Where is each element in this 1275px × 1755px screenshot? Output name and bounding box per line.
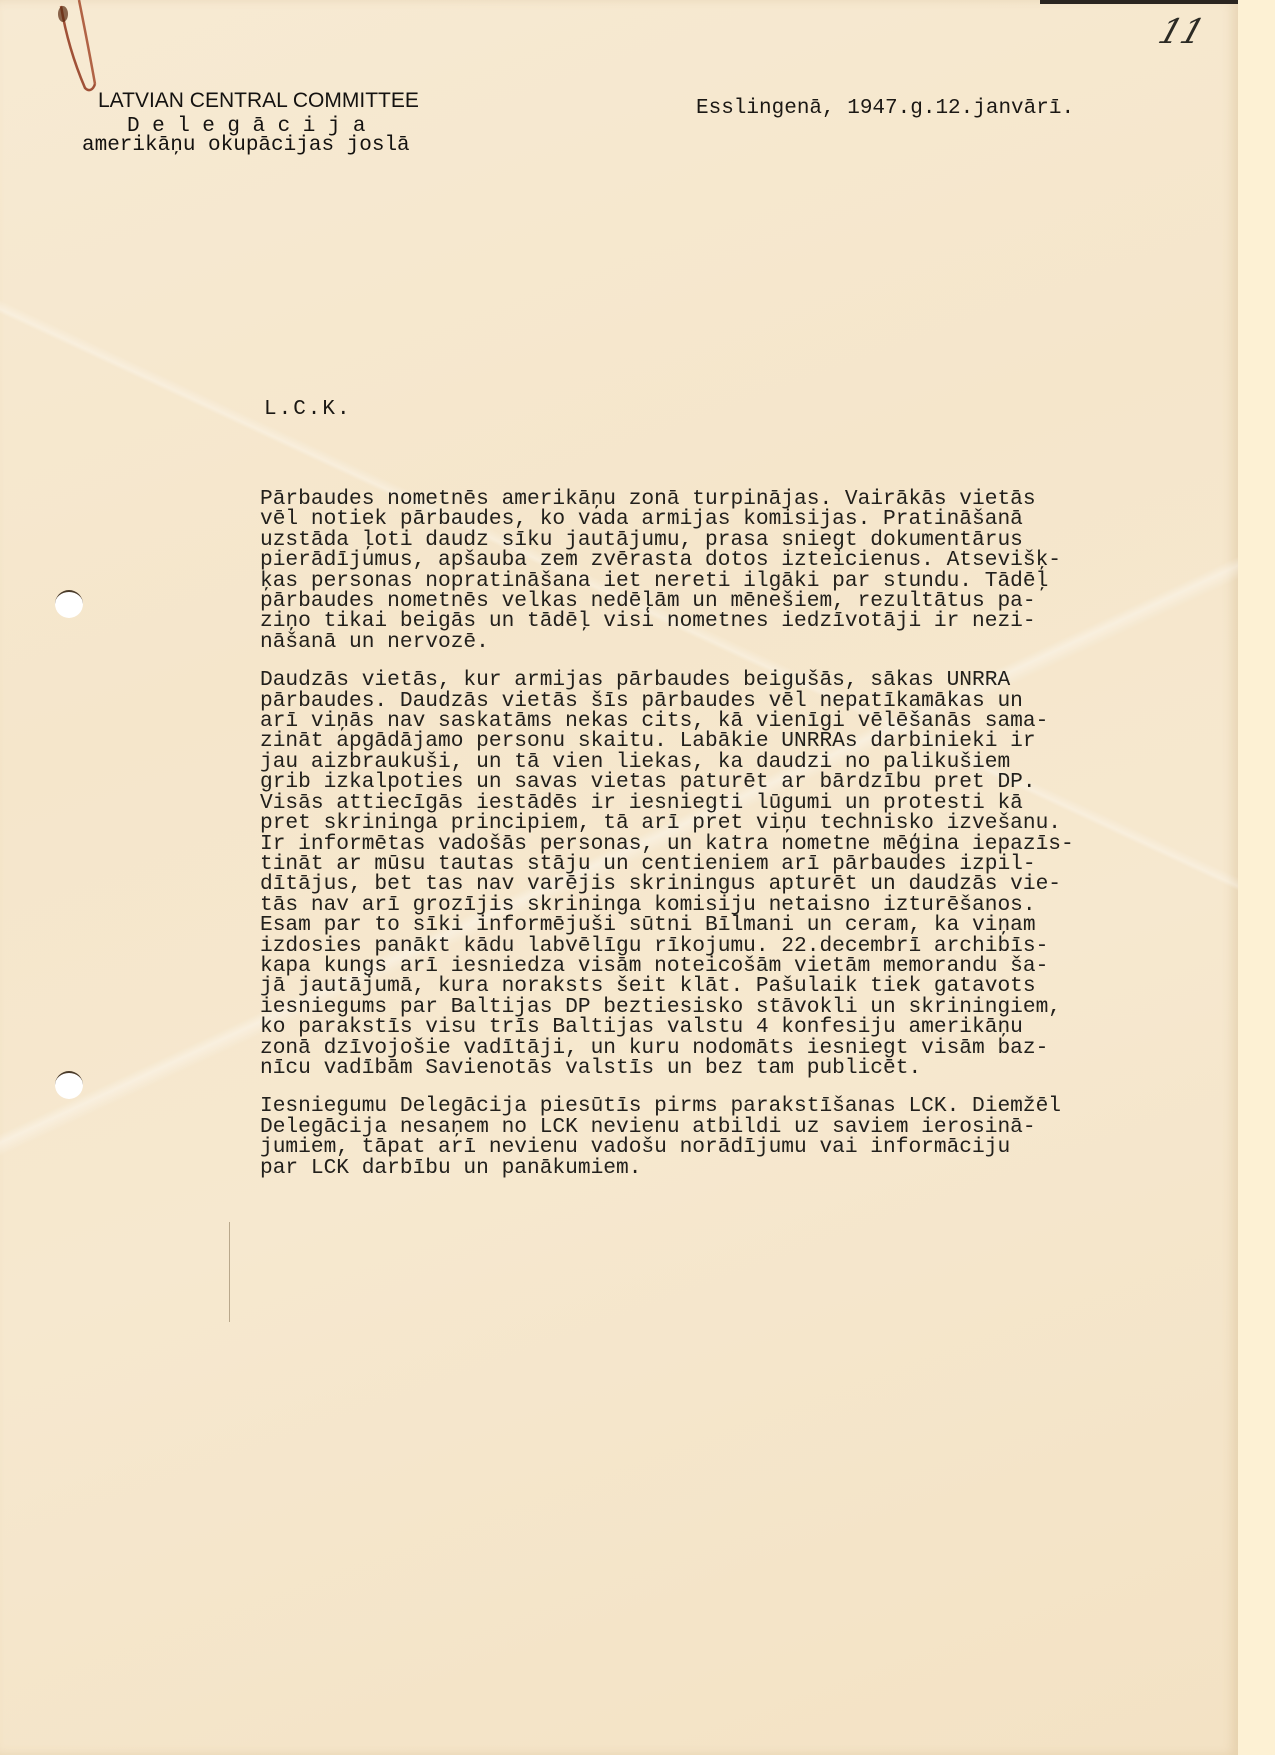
punch-hole xyxy=(55,590,83,618)
paragraph: Pārbaudes nometnēs amerikāņu zonā turpin… xyxy=(260,489,1220,652)
handwritten-page-number: 11 xyxy=(1154,12,1210,52)
zone-subtitle: amerikāņu okupācijas joslā xyxy=(82,134,419,157)
paperclip-rust-stain-icon xyxy=(55,0,115,95)
text-line: nāšanā un nervozē. xyxy=(260,630,489,654)
punch-hole xyxy=(55,1071,83,1099)
addressee: L.C.K. xyxy=(264,398,352,421)
paragraph: Iesniegumu Delegācija piesūtīs pirms par… xyxy=(260,1096,1220,1178)
text-line: nīcu vadībām Savienotās valstīs un bez t… xyxy=(260,1056,921,1080)
letter-body: Pārbaudes nometnēs amerikāņu zonā turpin… xyxy=(260,489,1220,1178)
scan-edge xyxy=(1040,0,1238,4)
document-page: 11 LATVIAN CENTRAL COMMITTEE Delegācija … xyxy=(0,0,1238,1755)
letterhead: LATVIAN CENTRAL COMMITTEE Delegācija ame… xyxy=(82,89,419,157)
text-line: par LCK darbību un panākumiem. xyxy=(260,1156,641,1180)
organization-name: LATVIAN CENTRAL COMMITTEE xyxy=(98,89,419,113)
paragraph: Daudzās vietās, kur armijas pārbaudes be… xyxy=(260,670,1220,1078)
margin-mark xyxy=(229,1222,230,1322)
dateline: Esslingenā, 1947.g.12.janvārī. xyxy=(696,97,1074,120)
